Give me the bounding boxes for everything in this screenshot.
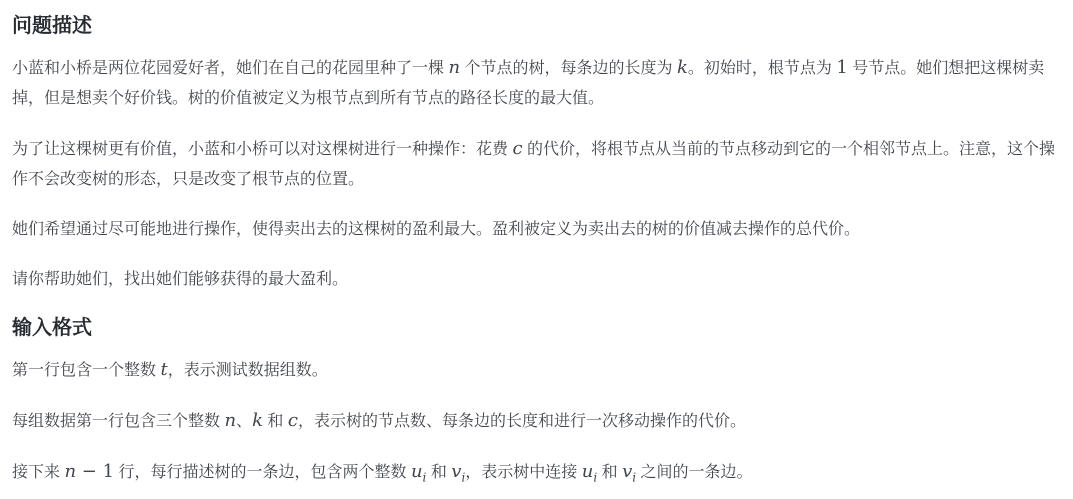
math-var: vi bbox=[451, 461, 465, 482]
math-var: − 1 bbox=[76, 461, 114, 482]
math-var: k bbox=[677, 57, 688, 78]
text-run: 之间的一条边。 bbox=[636, 464, 752, 481]
text-run: ，表示树的节点数、每条边的长度和进行一次移动操作的代价。 bbox=[298, 413, 746, 430]
text-run: 第一行包含一个整数 bbox=[12, 362, 160, 379]
paragraph: 她们希望通过尽可能地进行操作，使得卖出去的这棵树的盈利最大。盈利被定义为卖出去的… bbox=[12, 215, 1061, 245]
paragraph: 第一行包含一个整数 t，表示测试数据组数。 bbox=[12, 355, 1061, 386]
paragraph: 为了让这棵树更有价值，小蓝和小桥可以对这棵树进行一种操作：花费 c 的代价，将根… bbox=[12, 134, 1061, 195]
problem-statement: 问题描述小蓝和小桥是两位花园爱好者，她们在自己的花园里种了一棵 n 个节点的树，… bbox=[0, 0, 1073, 488]
paragraph: 每组数据第一行包含三个整数 n、k 和 c，表示树的节点数、每条边的长度和进行一… bbox=[12, 406, 1061, 437]
math-var: c bbox=[512, 138, 522, 159]
math-var: t bbox=[160, 359, 167, 380]
text-run: 个节点的树，每条边的长度为 bbox=[460, 60, 677, 77]
text-run: ，表示测试数据组数。 bbox=[168, 362, 328, 379]
paragraph: 请你帮助她们，找出她们能够获得的最大盈利。 bbox=[12, 265, 1061, 295]
text-run: ，表示树中连接 bbox=[465, 464, 581, 481]
math-var: n bbox=[448, 57, 460, 78]
text-run: 和 bbox=[426, 464, 451, 481]
paragraph: 小蓝和小桥是两位花园爱好者，她们在自己的花园里种了一棵 n 个节点的树，每条边的… bbox=[12, 53, 1061, 114]
text-run: 和 bbox=[597, 464, 622, 481]
text-run: 每组数据第一行包含三个整数 bbox=[12, 413, 224, 430]
math-var: k bbox=[252, 410, 263, 431]
math-var: ui bbox=[411, 461, 426, 482]
math-var: n bbox=[224, 410, 236, 431]
text-run: 小蓝和小桥是两位花园爱好者，她们在自己的花园里种了一棵 bbox=[12, 60, 448, 77]
text-run: 。初始时，根节点为 bbox=[688, 60, 836, 77]
math-var: 1 bbox=[836, 57, 847, 78]
math-var: ui bbox=[582, 461, 597, 482]
text-run: 和 bbox=[263, 413, 288, 430]
paragraph: 接下来 n − 1 行，每行描述树的一条边，包含两个整数 ui 和 vi，表示树… bbox=[12, 457, 1061, 488]
text-run: 请你帮助她们，找出她们能够获得的最大盈利。 bbox=[12, 271, 348, 288]
section-heading-1: 输入格式 bbox=[12, 315, 1061, 341]
math-var: c bbox=[288, 410, 298, 431]
text-run: 她们希望通过尽可能地进行操作，使得卖出去的这棵树的盈利最大。盈利被定义为卖出去的… bbox=[12, 221, 860, 238]
text-run: 、 bbox=[236, 413, 252, 430]
math-var: n bbox=[64, 461, 76, 482]
math-var: vi bbox=[622, 461, 636, 482]
section-heading-0: 问题描述 bbox=[12, 13, 1061, 39]
text-run: 行，每行描述树的一条边，包含两个整数 bbox=[114, 464, 411, 481]
text-run: 接下来 bbox=[12, 464, 64, 481]
text-run: 为了让这棵树更有价值，小蓝和小桥可以对这棵树进行一种操作：花费 bbox=[12, 141, 512, 158]
